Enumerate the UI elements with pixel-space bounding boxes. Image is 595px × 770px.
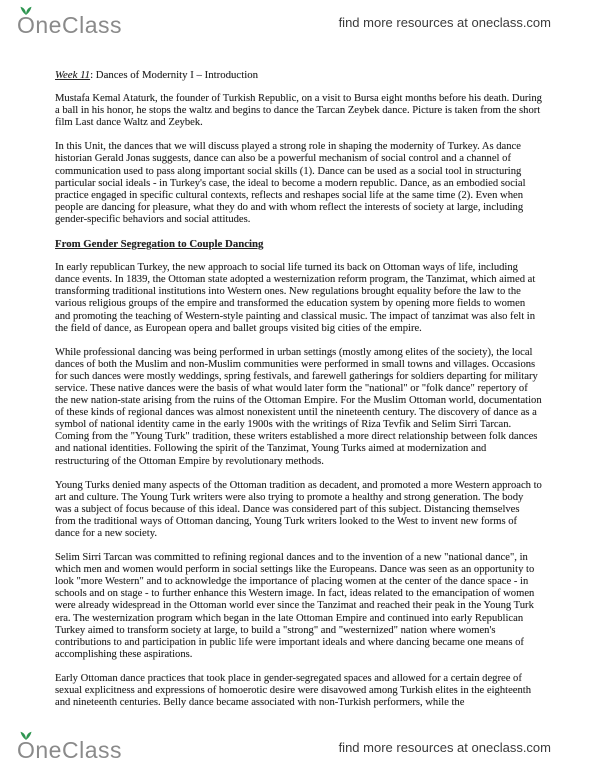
oneclass-logo: OneClass	[17, 731, 122, 764]
header-brandbar: OneClass find more resources at oneclass…	[0, 6, 595, 39]
paragraph-intro-1: Mustafa Kemal Ataturk, the founder of Tu…	[55, 93, 542, 129]
title-rest: : Dances of Modernity I – Introduction	[90, 69, 258, 81]
footer-tagline-link[interactable]: find more resources at oneclass.com	[339, 740, 551, 755]
paragraph-intro-2: In this Unit, the dances that we will di…	[55, 141, 542, 226]
leaf-icon	[20, 6, 32, 15]
paragraph-section-3: Young Turks denied many aspects of the O…	[55, 480, 542, 540]
week-label: Week 11	[55, 69, 90, 81]
paragraph-section-4: Selim Sirri Tarcan was committed to refi…	[55, 552, 542, 661]
paragraph-section-5: Early Ottoman dance practices that took …	[55, 673, 542, 709]
logo-text: OneClass	[17, 737, 122, 763]
page-title: Week 11: Dances of Modernity I – Introdu…	[55, 69, 542, 81]
paragraph-section-1: In early republican Turkey, the new appr…	[55, 262, 542, 335]
oneclass-logo: OneClass	[17, 6, 122, 39]
paragraph-section-2: While professional dancing was being per…	[55, 347, 542, 468]
section-heading: From Gender Segregation to Couple Dancin…	[55, 238, 542, 250]
document-page: OneClass find more resources at oneclass…	[0, 0, 595, 770]
logo-text: OneClass	[17, 12, 122, 38]
leaf-icon	[20, 731, 32, 740]
footer-brandbar: OneClass find more resources at oneclass…	[0, 731, 595, 764]
document-body: Week 11: Dances of Modernity I – Introdu…	[55, 69, 542, 721]
header-tagline-link[interactable]: find more resources at oneclass.com	[339, 15, 551, 30]
